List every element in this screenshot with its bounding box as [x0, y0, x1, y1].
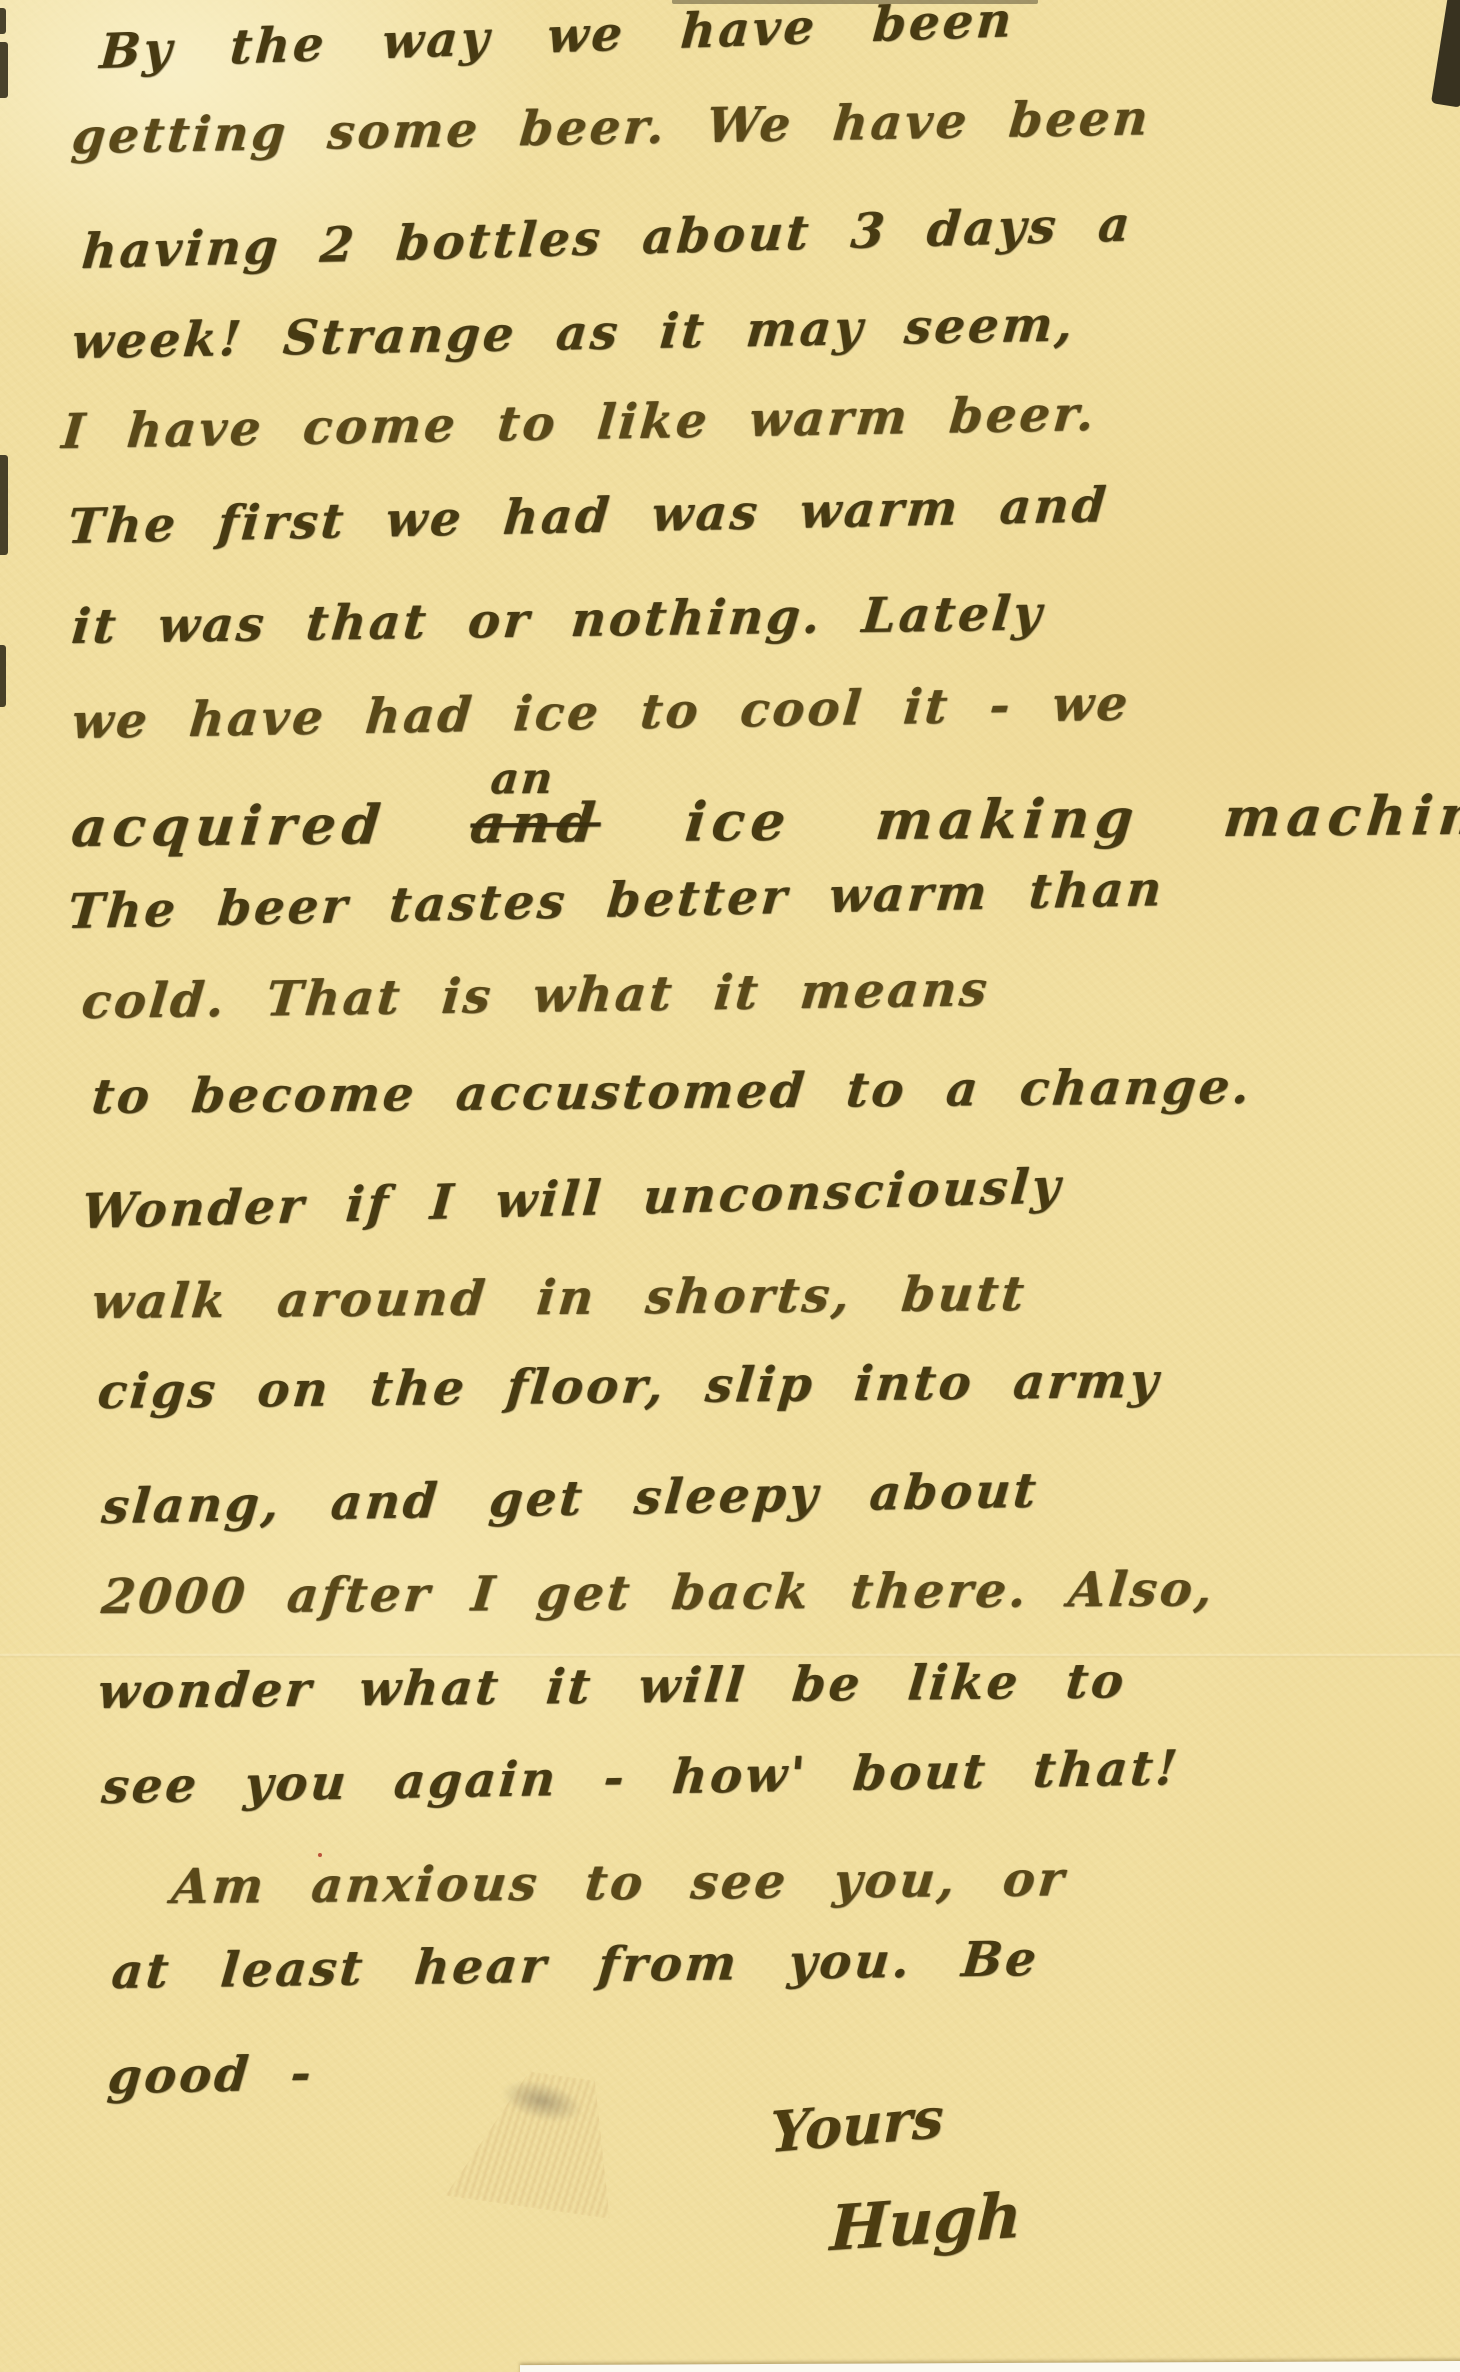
scan-edge-mark — [0, 42, 8, 98]
letter-line: good - — [105, 2041, 316, 2109]
letter-line-text: acquired — [69, 791, 474, 859]
letter-line: at least hear from you. Be — [109, 1927, 1042, 2004]
letter-line-text: The first we had was warm and — [66, 477, 1111, 555]
correction-group: anand — [468, 790, 604, 855]
letter-line-text: see you again - how' bout that! — [100, 1740, 1183, 1815]
scan-edge-mark — [0, 455, 8, 555]
valediction: Yours — [769, 2085, 944, 2167]
letter-line: cold. That is what it means — [79, 957, 992, 1034]
scan-edge-mark — [0, 8, 6, 34]
letter-line-text: Am anxious to see you, or — [169, 1851, 1069, 1915]
letter-line: slang, and get sleepy about — [99, 1459, 1041, 1539]
letter-line: acquired anand ice making machine — [69, 782, 1460, 859]
letter-line: to become accustomed to a change. — [89, 1055, 1255, 1129]
letter-line-text: wonder what it will be like to — [95, 1653, 1129, 1720]
letter-line-text: cigs on the floor, slip into army — [95, 1353, 1163, 1420]
letter-line-text: I have come to like warm beer. — [60, 386, 1100, 460]
letter-line: see you again - how' bout that! — [99, 1736, 1182, 1819]
letter-line-text: at least hear from you. Be — [109, 1931, 1041, 2000]
letter-page: By the way we have beengetting some beer… — [0, 0, 1460, 2372]
letter-line: it was that or nothing. Lately — [69, 581, 1047, 659]
letter-line: wonder what it will be like to — [95, 1649, 1129, 1724]
letter-line: week! Strange as it may seem, — [69, 292, 1078, 374]
letter-line: we have had ice to cool it - we — [69, 671, 1133, 754]
scan-corner-shadow — [1431, 0, 1460, 108]
letter-line-text: week! Strange as it may seem, — [70, 296, 1078, 370]
letter-line-text: By the way we have been — [98, 0, 1016, 80]
letter-line-text: walk around in shorts, butt — [89, 1266, 1029, 1330]
letter-line-text: it was that or nothing. Lately — [69, 585, 1046, 655]
letter-line: Am anxious to see you, or — [169, 1847, 1070, 1919]
letter-line: By the way we have been — [98, 0, 1017, 84]
scan-edge-mark — [0, 645, 6, 707]
letter-line: 2000 after I get back there. Also, — [99, 1557, 1218, 1629]
inserted-correction: an — [488, 747, 558, 812]
letter-line-text: getting some beer. We have been — [70, 90, 1154, 165]
letter-line: The first we had was warm and — [65, 473, 1111, 559]
letter-line-text: slang, and get sleepy about — [100, 1463, 1042, 1535]
letter-line-text: Wonder if I will unconsciously — [80, 1158, 1065, 1240]
letter-line: cigs on the floor, slip into army — [95, 1349, 1164, 1424]
letter-line: The beer tastes better warm than — [65, 857, 1167, 944]
letter-line-text: having 2 bottles about 3 days a — [80, 196, 1135, 280]
letter-line-text: ice making machine — [598, 782, 1460, 854]
letter-line: getting some beer. We have been — [69, 86, 1153, 169]
letter-line: having 2 bottles about 3 days a — [79, 192, 1134, 284]
letter-line: Wonder if I will unconsciously — [79, 1154, 1065, 1244]
letter-line-text: good - — [106, 2045, 317, 2105]
letter-line-text: we have had ice to cool it - we — [70, 675, 1133, 750]
letter-line: I have come to like warm beer. — [59, 382, 1099, 464]
letter-line-text: The beer tastes better warm than — [66, 861, 1167, 940]
letter-line-text: 2000 after I get back there. Also, — [99, 1561, 1217, 1625]
signature: Hugh — [829, 2178, 1023, 2265]
letter-line: walk around in shorts, butt — [89, 1262, 1030, 1334]
paper-bottom-edge — [520, 2361, 1460, 2372]
letter-line-text: cold. That is what it means — [79, 961, 992, 1030]
letter-line-text: to become accustomed to a change. — [89, 1059, 1255, 1125]
